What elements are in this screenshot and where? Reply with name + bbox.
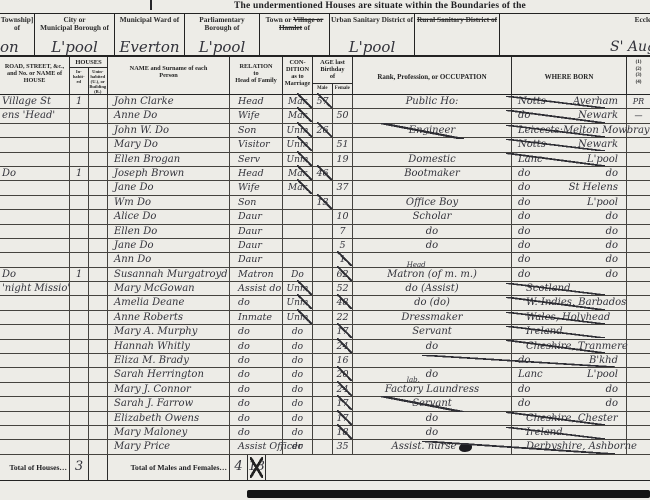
cell-address — [0, 311, 70, 325]
cell-uninhabited — [89, 196, 108, 210]
cell-condition — [283, 225, 313, 239]
cell-disab: PR — [627, 95, 650, 109]
cell-age-male — [313, 181, 333, 195]
table-row: Sarah J. Farrowdodo17Servantdodo — [0, 397, 650, 411]
cell-age-female: 1 — [333, 253, 353, 267]
cell-disab — [627, 325, 650, 339]
cell-disab — [627, 311, 650, 325]
cell-born: Cheshire, Tranmere — [512, 340, 627, 354]
cell-age-female: 52 — [333, 282, 353, 296]
cell-born: NottsNewark — [512, 138, 627, 152]
cell-age-male — [313, 368, 333, 382]
cell-disab: — — [627, 109, 650, 123]
cell-condition — [283, 210, 313, 224]
cell-disab — [627, 268, 650, 282]
cell-inhabited — [70, 109, 89, 123]
cell-uninhabited — [89, 268, 108, 282]
boundary-cell: Parliamentary Borough ofL'pool — [185, 14, 260, 55]
cell-inhabited — [70, 440, 89, 454]
cell-condition: do — [283, 383, 313, 397]
total-males-females-label: Total of Males and Females… — [108, 455, 230, 480]
cell-relation: Visitor — [230, 138, 283, 152]
table-row: Ellen BroganServUnm19DomesticLancL'pool — [0, 153, 650, 167]
cell-born: dodo — [512, 253, 627, 267]
boundary-cell: Urban Sanitary District ofL'pool — [330, 14, 415, 55]
cell-occupation — [353, 109, 512, 123]
cell-born: dodo — [512, 225, 627, 239]
cell-inhabited — [70, 311, 89, 325]
cell-born: dodo — [512, 167, 627, 181]
cell-address: ens 'Head' — [0, 109, 70, 123]
cell-uninhabited — [89, 239, 108, 253]
col-relation: RELATION to Head of Family — [230, 57, 283, 94]
cell-name: Ellen Do — [108, 225, 230, 239]
cell-occupation: Office Boy — [353, 196, 512, 210]
cell-inhabited — [70, 412, 89, 426]
boundary-label: Township] of — [1, 15, 34, 32]
table-row: Wm DoSon13Office BoydoL'pool — [0, 196, 650, 210]
cell-occupation: do — [353, 426, 512, 440]
cell-occupation — [353, 138, 512, 152]
cell-age-male — [313, 239, 333, 253]
cell-age-female: 37 — [333, 181, 353, 195]
cell-relation: Assist do — [230, 282, 283, 296]
cell-occupation: do — [353, 412, 512, 426]
col-occupation: Rank, Profession, or OCCUPATION — [353, 57, 512, 94]
boundary-label: Municipal Borough of — [40, 23, 109, 32]
cell-relation: Daur — [230, 225, 283, 239]
cell-born: dodo — [512, 383, 627, 397]
col-disabilities: (1) (2) (3) (4) — [627, 57, 650, 94]
cell-age-female: 16 — [333, 354, 353, 368]
cell-name: Jane Do — [108, 239, 230, 253]
cell-age-male: 46 — [313, 167, 333, 181]
col-age-female: Female — [333, 84, 352, 94]
cell-age-male — [313, 225, 333, 239]
cell-age-male — [313, 109, 333, 123]
cell-occupation: Servant — [353, 325, 512, 339]
cell-address — [0, 225, 70, 239]
cell-inhabited — [70, 282, 89, 296]
cell-born: Notts -Averham — [512, 95, 627, 109]
cell-relation: Assist Officer — [230, 440, 283, 454]
cell-inhabited — [70, 253, 89, 267]
cell-inhabited — [70, 153, 89, 167]
table-row: 'night Missio'Mary McGowanAssist doUnm52… — [0, 282, 650, 296]
cell-age-female: 62 — [333, 268, 353, 282]
col-houses: HOUSES In- habit- ed Unin- habited (U.),… — [70, 57, 108, 94]
inserted-note: Head — [407, 262, 426, 269]
cell-age-female — [333, 196, 353, 210]
cell-address — [0, 153, 70, 167]
total-houses-label: Total of Houses… — [0, 455, 70, 480]
cell-name: Hannah Whitly — [108, 340, 230, 354]
cell-age-female: 7 — [333, 225, 353, 239]
cell-age-female: 17 — [333, 412, 353, 426]
cell-disab — [627, 354, 650, 368]
table-row: Amelia DeanedoUnm48do (do)W. Indies, Bar… — [0, 296, 650, 310]
inserted-note: lab. — [407, 377, 420, 384]
cell-inhabited — [70, 225, 89, 239]
scan-artifact-bar — [247, 490, 650, 498]
cell-inhabited — [70, 383, 89, 397]
cell-uninhabited — [89, 340, 108, 354]
total-struck-value: 18 — [248, 455, 266, 480]
table-body: Village St1John ClarkeHeadMar57Public Ho… — [0, 95, 650, 455]
table-footer: Total of Houses… 3 Total of Males and Fe… — [0, 455, 650, 481]
cell-condition: Unm — [283, 138, 313, 152]
table-row: Hannah Whitlydodo24doCheshire, Tranmere — [0, 340, 650, 354]
cell-age-female: 18 — [333, 426, 353, 440]
cell-name: Eliza M. Brady — [108, 354, 230, 368]
cell-address: Do — [0, 268, 70, 282]
cell-disab — [627, 167, 650, 181]
cell-uninhabited — [89, 412, 108, 426]
cell-relation: Son — [230, 124, 283, 138]
cell-name: Anne Roberts — [108, 311, 230, 325]
table-row: Alice DoDaur10Scholardodo — [0, 210, 650, 224]
cell-address — [0, 181, 70, 195]
boundary-label: Hamlet — [279, 23, 302, 32]
cell-disab — [627, 153, 650, 167]
cell-address — [0, 440, 70, 454]
boundary-cell: Municipal Ward ofEverton — [115, 14, 185, 55]
cell-name: Ellen Brogan — [108, 153, 230, 167]
col-name: NAME and Surname of each Person — [108, 57, 230, 94]
cell-name: Sarah Herrington — [108, 368, 230, 382]
boundary-label: Ecclesiastical — [635, 15, 650, 24]
cell-relation: Head — [230, 167, 283, 181]
cell-uninhabited — [89, 181, 108, 195]
cell-born: Ireland — [512, 325, 627, 339]
cell-age-female — [333, 167, 353, 181]
col-road: ROAD, STREET, &c., and No. or NAME of HO… — [0, 57, 70, 94]
cell-name: Ann Do — [108, 253, 230, 267]
cell-inhabited — [70, 181, 89, 195]
cell-condition: Mar — [283, 95, 313, 109]
total-houses-value: 3 — [70, 455, 89, 480]
cell-born: dodo — [512, 268, 627, 282]
ink-blot — [459, 443, 472, 452]
cell-uninhabited — [89, 354, 108, 368]
cell-inhabited: 1 — [70, 167, 89, 181]
cell-age-male — [313, 340, 333, 354]
table-row: Mary A. Murphydodo17ServantIreland — [0, 325, 650, 339]
boundary-label: Parliamentary Borough of — [199, 15, 244, 32]
cell-age-male — [313, 397, 333, 411]
table-row: Do1Susannah MurgatroydMatronDo62Matron (… — [0, 268, 650, 282]
col-age-male: Male — [313, 84, 333, 94]
cell-relation: Wife — [230, 109, 283, 123]
cell-uninhabited — [89, 253, 108, 267]
cell-disab — [627, 426, 650, 440]
cell-age-male — [313, 440, 333, 454]
cell-disab — [627, 368, 650, 382]
cell-condition: do — [283, 325, 313, 339]
cell-name: Alice Do — [108, 210, 230, 224]
table-row: Mary J. Connordodo24Factory Laundresslab… — [0, 383, 650, 397]
cell-born: doSt Helens — [512, 181, 627, 195]
cell-occupation — [353, 181, 512, 195]
cell-uninhabited — [89, 282, 108, 296]
cell-address — [0, 397, 70, 411]
cell-age-female: 24 — [333, 383, 353, 397]
cell-relation: Daur — [230, 239, 283, 253]
cell-uninhabited — [89, 426, 108, 440]
cell-condition: do — [283, 368, 313, 382]
cell-disab — [627, 282, 650, 296]
cell-born: Leicests:Melton Mowbray — [512, 124, 627, 138]
cell-occupation: do (do) — [353, 296, 512, 310]
cell-uninhabited — [89, 167, 108, 181]
cell-age-female: 17 — [333, 325, 353, 339]
boundary-header: Township] oftonCity orMunicipal Borough … — [0, 13, 650, 56]
cell-relation: do — [230, 296, 283, 310]
cell-relation: do — [230, 325, 283, 339]
cell-age-male — [313, 138, 333, 152]
cell-name: Elizabeth Owens — [108, 412, 230, 426]
table-row: Village St1John ClarkeHeadMar57Public Ho… — [0, 95, 650, 109]
cell-condition: do — [283, 340, 313, 354]
cell-relation: Wife — [230, 181, 283, 195]
cell-name: John W. Do — [108, 124, 230, 138]
cell-age-male — [313, 412, 333, 426]
cell-age-female — [333, 124, 353, 138]
cell-occupation: Factory Laundresslab. — [353, 383, 512, 397]
cell-relation: Daur — [230, 253, 283, 267]
boundary-handwritten-value: Everton — [115, 39, 184, 55]
cell-address — [0, 124, 70, 138]
cell-occupation: do — [353, 239, 512, 253]
cell-name: Joseph Brown — [108, 167, 230, 181]
cell-condition — [283, 253, 313, 267]
cell-occupation: do — [353, 368, 512, 382]
cell-age-female: 51 — [333, 138, 353, 152]
cell-address — [0, 253, 70, 267]
cell-disab — [627, 296, 650, 310]
cell-condition: Unm — [283, 124, 313, 138]
boundary-handwritten-value: L'pool — [185, 39, 259, 55]
cell-age-female: 17 — [333, 397, 353, 411]
table-row: Mary DoVisitorUnm51NottsNewark — [0, 138, 650, 152]
cell-inhabited — [70, 397, 89, 411]
boundary-handwritten-value: S' Aug — [500, 39, 650, 55]
cell-inhabited — [70, 138, 89, 152]
cell-born: dodo — [512, 210, 627, 224]
cell-age-female: 19 — [333, 153, 353, 167]
cell-born: doB'khd — [512, 354, 627, 368]
census-table: ROAD, STREET, &c., and No. or NAME of HO… — [0, 56, 650, 481]
cell-condition: Unm — [283, 296, 313, 310]
boundary-cell: Town or Village orHamlet of — [260, 14, 330, 55]
cell-relation: do — [230, 340, 283, 354]
cell-inhabited — [70, 239, 89, 253]
cell-age-male — [313, 296, 333, 310]
cell-name: Susannah Murgatroyd — [108, 268, 230, 282]
cell-disab — [627, 210, 650, 224]
cell-relation: do — [230, 354, 283, 368]
cell-disab — [627, 253, 650, 267]
cell-name: Amelia Deane — [108, 296, 230, 310]
cell-uninhabited — [89, 225, 108, 239]
table-row: Ellen DoDaur7dododo — [0, 225, 650, 239]
boundary-cell: Township] ofton — [0, 14, 35, 55]
cell-relation: Matron — [230, 268, 283, 282]
cell-occupation: do — [353, 225, 512, 239]
cell-occupation: Public Ho: — [353, 95, 512, 109]
cell-condition: Do — [283, 268, 313, 282]
cell-relation: Son — [230, 196, 283, 210]
cell-relation: Head — [230, 95, 283, 109]
cell-address — [0, 412, 70, 426]
cell-address — [0, 325, 70, 339]
cell-age-female — [333, 95, 353, 109]
cell-born: Ireland — [512, 426, 627, 440]
cell-address — [0, 383, 70, 397]
cell-born: dodo — [512, 397, 627, 411]
table-row: Eliza M. Bradydodo16doB'khd — [0, 354, 650, 368]
cell-address — [0, 239, 70, 253]
cell-born: Scotland — [512, 282, 627, 296]
cell-occupation — [353, 354, 512, 368]
cell-relation: Serv — [230, 153, 283, 167]
boundary-cell: City orMunicipal Borough ofL'pool — [35, 14, 115, 55]
cell-condition — [283, 196, 313, 210]
cell-born: W. Indies, Barbados — [512, 296, 627, 310]
cell-name: Mary Do — [108, 138, 230, 152]
cell-age-female: 10 — [333, 210, 353, 224]
cell-age-male: 26 — [313, 124, 333, 138]
table-row: Do1Joseph BrownHeadMar46Bootmakerdodo — [0, 167, 650, 181]
cell-age-male — [313, 325, 333, 339]
cell-occupation: Dressmaker — [353, 311, 512, 325]
cell-address — [0, 354, 70, 368]
cell-condition: Mar — [283, 109, 313, 123]
cell-name: Mary A. Murphy — [108, 325, 230, 339]
cell-inhabited — [70, 340, 89, 354]
table-row: Mary Maloneydodo18doIreland — [0, 426, 650, 440]
boundary-handwritten-value: L'pool — [35, 39, 114, 55]
col-uninhabited: Unin- habited (U.), or Building (B.) — [89, 68, 107, 94]
cell-relation: Daur — [230, 210, 283, 224]
cell-disab — [627, 440, 650, 454]
cell-name: Sarah J. Farrow — [108, 397, 230, 411]
cell-occupation: do — [353, 340, 512, 354]
census-page: The undermentioned Houses are situate wi… — [0, 0, 650, 500]
cell-occupation: Matron (of m. m.)Head — [353, 268, 512, 282]
cell-age-female: 48 — [333, 296, 353, 310]
cell-age-male — [313, 210, 333, 224]
cell-disab — [627, 412, 650, 426]
cell-uninhabited — [89, 311, 108, 325]
cell-condition: Mar — [283, 167, 313, 181]
cell-age-male — [313, 311, 333, 325]
cell-occupation: Bootmaker — [353, 167, 512, 181]
cell-uninhabited — [89, 325, 108, 339]
cell-condition: do — [283, 426, 313, 440]
cell-address — [0, 196, 70, 210]
cell-uninhabited — [89, 397, 108, 411]
cell-inhabited — [70, 210, 89, 224]
cell-occupation: Scholar — [353, 210, 512, 224]
cell-inhabited — [70, 426, 89, 440]
total-males-value: 4 — [230, 455, 248, 480]
cell-condition: do — [283, 354, 313, 368]
cell-address — [0, 368, 70, 382]
boundary-label: Municipal Ward of — [120, 15, 179, 24]
cell-born: doNewark — [512, 109, 627, 123]
cell-born: LancL'pool — [512, 153, 627, 167]
cell-disab — [627, 239, 650, 253]
col-age: AGE last Birthday of Male Female — [313, 57, 353, 94]
cell-age-male — [313, 253, 333, 267]
stray-mark — [150, 0, 152, 10]
cell-disab — [627, 397, 650, 411]
cell-address: Do — [0, 167, 70, 181]
cell-occupation: Domestic — [353, 153, 512, 167]
cell-inhabited — [70, 325, 89, 339]
cell-condition: Mar — [283, 181, 313, 195]
cell-age-male — [313, 426, 333, 440]
cell-occupation: Engineer — [353, 124, 512, 138]
cell-age-male — [313, 268, 333, 282]
cell-name: Mary Price — [108, 440, 230, 454]
cell-name: Anne Do — [108, 109, 230, 123]
table-row: Ann DoDaur1dodo — [0, 253, 650, 267]
cell-name: Mary McGowan — [108, 282, 230, 296]
cell-condition: Unm — [283, 153, 313, 167]
cell-born: Derbyshire, Ashborne — [512, 440, 627, 454]
cell-address — [0, 426, 70, 440]
cell-name: John Clarke — [108, 95, 230, 109]
cell-name: Mary J. Connor — [108, 383, 230, 397]
table-row: Mary PriceAssist Officerdo35Assist. nurs… — [0, 440, 650, 454]
cell-age-male — [313, 153, 333, 167]
cell-address — [0, 138, 70, 152]
cell-born: doL'pool — [512, 196, 627, 210]
cell-condition — [283, 239, 313, 253]
cell-born: Cheshire, Chester — [512, 412, 627, 426]
cell-uninhabited — [89, 383, 108, 397]
cell-born: LancL'pool — [512, 368, 627, 382]
cell-inhabited — [70, 196, 89, 210]
cell-relation: do — [230, 412, 283, 426]
col-condition: CON- DITION as to Marriage — [283, 57, 313, 94]
cell-condition: do — [283, 440, 313, 454]
cell-age-male — [313, 383, 333, 397]
cell-inhabited — [70, 354, 89, 368]
cell-condition: do — [283, 397, 313, 411]
cell-address: 'night Missio' — [0, 282, 70, 296]
cell-relation: do — [230, 397, 283, 411]
cell-inhabited — [70, 124, 89, 138]
cell-occupation: Servant — [353, 397, 512, 411]
table-row: ens 'Head'Anne DoWifeMar50doNewark— — [0, 109, 650, 123]
cell-age-male — [313, 282, 333, 296]
cell-address — [0, 210, 70, 224]
cell-address — [0, 296, 70, 310]
cell-uninhabited — [89, 368, 108, 382]
boundary-label: Urban Sanitary District of — [331, 15, 413, 24]
cell-condition: Unm — [283, 311, 313, 325]
cell-uninhabited — [89, 296, 108, 310]
cell-name: Mary Maloney — [108, 426, 230, 440]
boundary-cell: Rural Sanitary District of — [415, 14, 500, 55]
cell-address: Village St — [0, 95, 70, 109]
cell-uninhabited — [89, 95, 108, 109]
cell-age-female: 35 — [333, 440, 353, 454]
cell-uninhabited — [89, 138, 108, 152]
